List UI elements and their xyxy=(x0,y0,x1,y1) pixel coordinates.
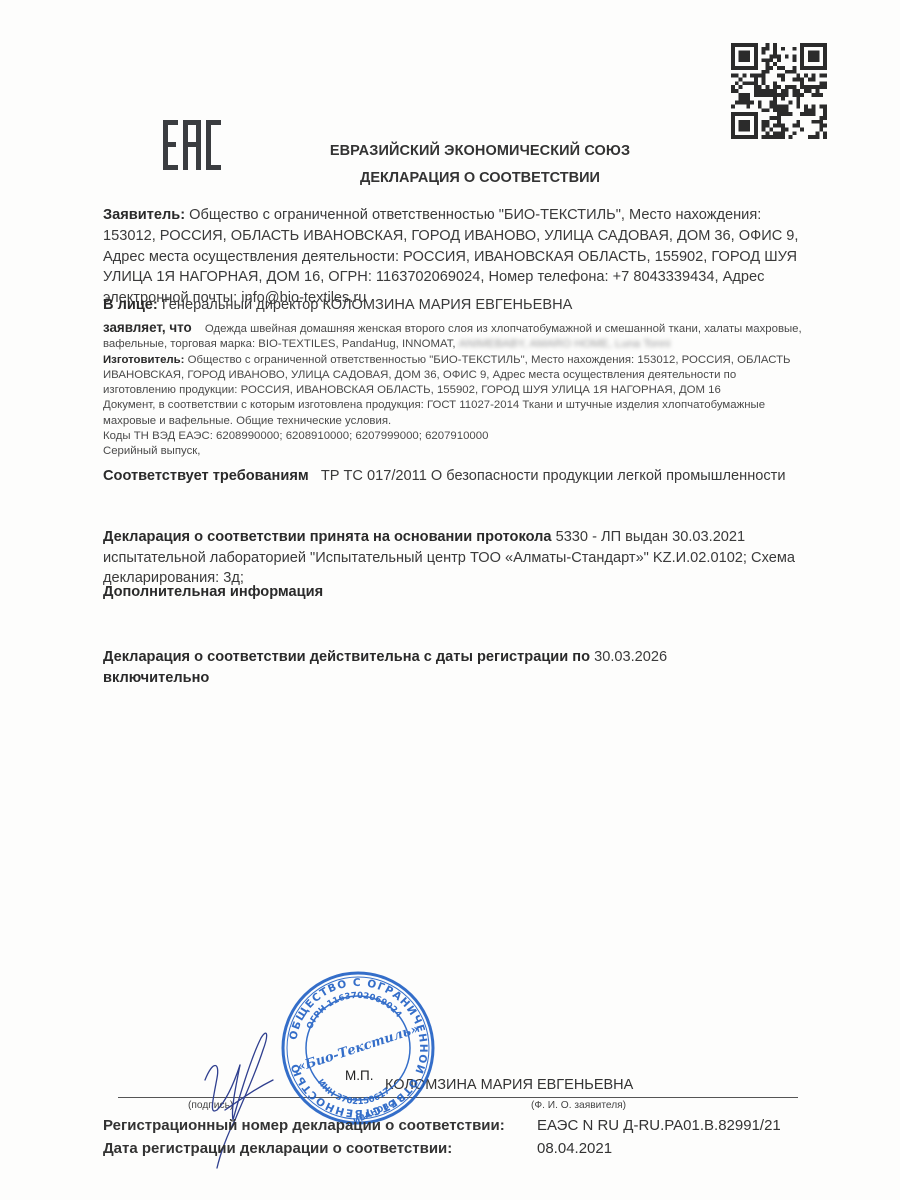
product-text: Одежда швейная домашняя женская второго … xyxy=(103,323,802,350)
qr-code-icon xyxy=(731,43,827,139)
declares-section: заявляет, что Одежда швейная домашняя же… xyxy=(103,320,803,460)
validity-suffix: включительно xyxy=(103,670,209,686)
registration-date-label: Дата регистрации декларации о соответств… xyxy=(103,1140,452,1157)
applicant-section: Заявитель: Общество с ограниченной ответ… xyxy=(103,205,803,309)
union-title: ЕВРАЗИЙСКИЙ ЭКОНОМИЧЕСКИЙ СОЮЗ xyxy=(0,143,900,159)
conforms-section: Соответствует требованиям ТР ТС 017/2011… xyxy=(103,466,803,487)
manufacturer-text: Общество с ограниченной ответственностью… xyxy=(103,354,791,397)
in-person-text: Генеральный директор КОЛОМЗИНА МАРИЯ ЕВГ… xyxy=(162,297,573,313)
protocol-label: Декларация о соответствии принята на осн… xyxy=(103,529,552,545)
applicant-label: Заявитель: xyxy=(103,207,185,223)
conforms-text: ТР ТС 017/2011 О безопасности продукции … xyxy=(321,468,786,484)
hs-codes: Коды ТН ВЭД ЕАЭС: 6208990000; 6208910000… xyxy=(103,429,803,444)
release-type: Серийный выпуск, xyxy=(103,444,803,459)
declares-label: заявляет, что xyxy=(103,320,192,335)
validity-label: Декларация о соответствии действительна … xyxy=(103,649,590,665)
in-person-label: В лице: xyxy=(103,297,158,313)
applicant-text: Общество с ограниченной ответственностью… xyxy=(103,207,798,306)
document-title: ДЕКЛАРАЦИЯ О СООТВЕТСТВИИ xyxy=(0,170,900,186)
redacted-trademarks: ANIMEBABY, AMARO HOME, Luna Tonni xyxy=(459,337,671,352)
name-caption: (Ф. И. О. заявителя) xyxy=(531,1100,626,1111)
conforms-label: Соответствует требованиям xyxy=(103,468,309,484)
registration-number: ЕАЭС N RU Д-RU.PA01.B.82991/21 xyxy=(537,1117,781,1134)
validity-date: 30.03.2026 xyxy=(594,649,667,665)
registration-date: 08.04.2021 xyxy=(537,1140,612,1157)
validity-section: Декларация о соответствии действительна … xyxy=(103,647,803,688)
in-person-section: В лице: Генеральный директор КОЛОМЗИНА М… xyxy=(103,295,803,316)
company-seal-icon: ОБЩЕСТВО С ОГРАНИЧЕННОЙ ОТВЕТСТВЕННОСТЬЮ… xyxy=(280,970,436,1126)
production-document: Документ, в соответствии с которым изгот… xyxy=(103,398,803,429)
registration-number-label: Регистрационный номер декларации о соотв… xyxy=(103,1117,505,1134)
manufacturer-label: Изготовитель: xyxy=(103,354,184,366)
protocol-section: Декларация о соответствии принята на осн… xyxy=(103,527,803,589)
additional-info-label: Дополнительная информация xyxy=(103,584,803,600)
